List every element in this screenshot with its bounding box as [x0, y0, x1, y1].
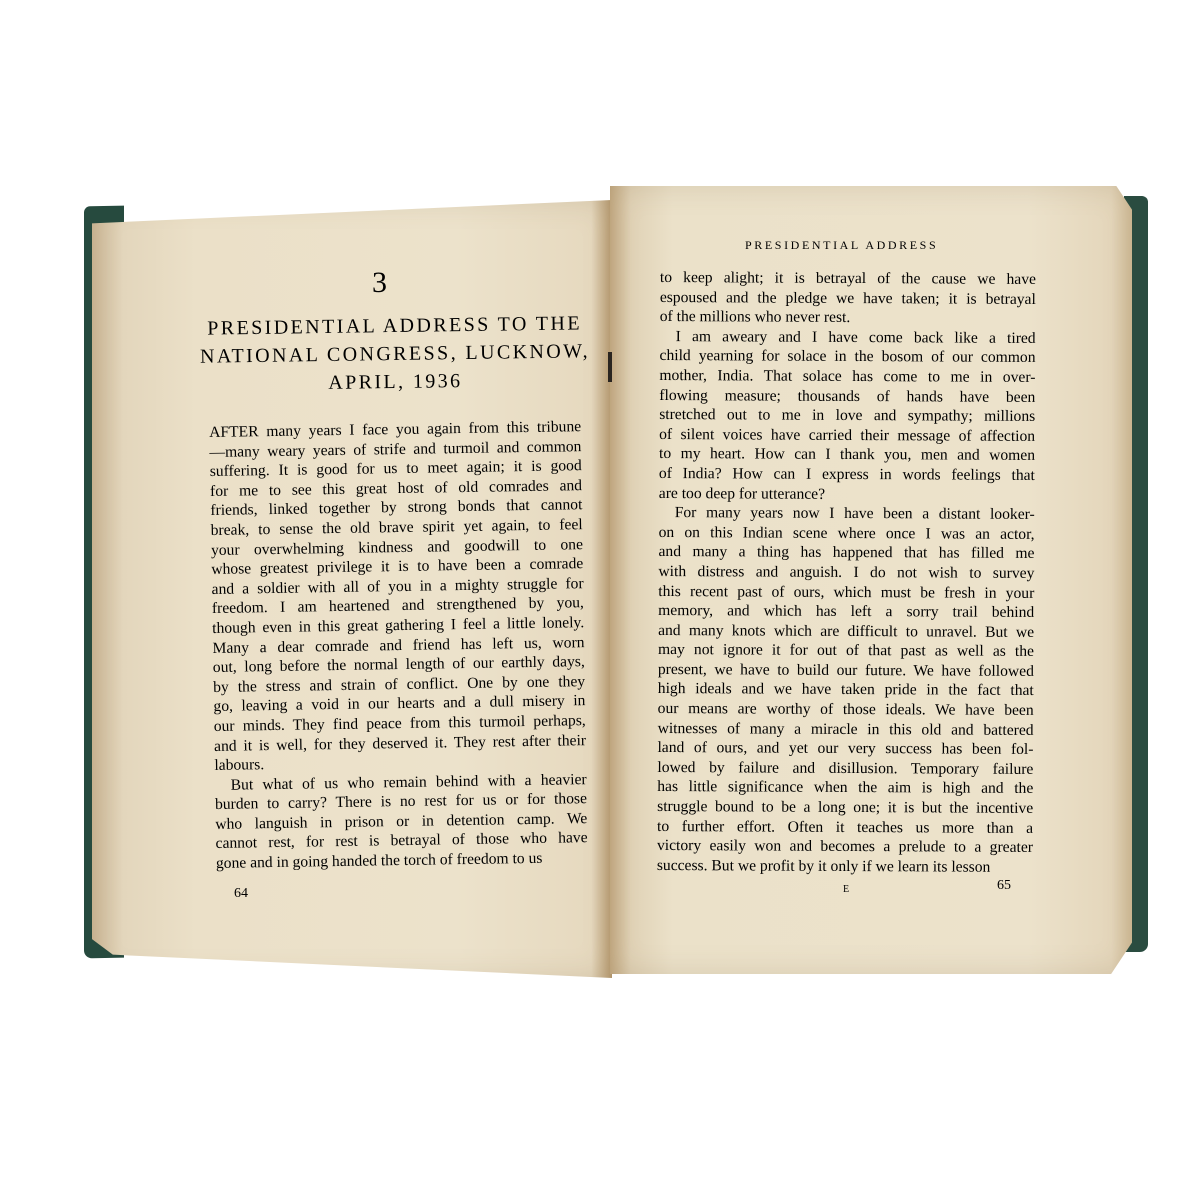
text-line: present, we have to build our future. We… [658, 660, 1034, 682]
text-line: child yearning for solace in the bosom o… [659, 346, 1035, 368]
text-line: flowing measure; thousands of hands have… [659, 386, 1035, 408]
paragraph: For many years now I have been a distant… [657, 503, 1035, 877]
gutter-mark [608, 352, 612, 382]
text-line: memory, and which has left a sorry trail… [658, 601, 1034, 623]
text-line: mother, India. That solace has come to m… [659, 366, 1035, 388]
text-line: struggle bound to be a long one; it is b… [657, 797, 1033, 819]
page-number-left: 64 [234, 886, 248, 902]
text-line: are too deep for utterance? [659, 484, 1035, 506]
chapter-number: 3 [372, 266, 388, 300]
text-line: of the millions who never rest. [660, 307, 1036, 329]
text-line: may not ignore it for out of that past a… [658, 640, 1034, 662]
paragraph: But what of us who remain behind with a … [215, 770, 588, 874]
text-line: victory easily won and becomes a prelude… [657, 836, 1033, 858]
text-line: to my heart. How can I thank you, men an… [659, 444, 1035, 466]
text-line: to further effort. Often it teaches us m… [657, 817, 1033, 839]
text-line: stretched out to me in love and sympathy… [659, 405, 1035, 427]
text-line: success. But we profit by it only if we … [657, 856, 1033, 878]
text-line: with distress and anguish. I do not wish… [658, 562, 1034, 584]
text-line: espoused and the pledge we have taken; i… [660, 288, 1036, 310]
right-page-body: to keep alight; it is betrayal of the ca… [657, 268, 1036, 877]
running-head: PRESIDENTIAL ADDRESS [745, 238, 938, 253]
paragraph: AFTER many years I face you again from t… [209, 417, 586, 775]
text-line: of silent voices have carried their mess… [659, 425, 1035, 447]
text-line: our means are worthy of those ideals. We… [658, 699, 1034, 721]
text-line: land of ours, and yet our very success h… [657, 738, 1033, 760]
text-line: has little significance when the aim is … [657, 777, 1033, 799]
page-number-right: 65 [997, 878, 1011, 894]
text-line: For many years now I have been a distant… [659, 503, 1035, 525]
text-line: to keep alight; it is betrayal of the ca… [660, 268, 1036, 290]
text-line: witnesses of many a miracle in this old … [658, 719, 1034, 741]
text-line: lowed by failure and disillusion. Tempor… [657, 758, 1033, 780]
chapter-title: PRESIDENTIAL ADDRESS TO THE NATIONAL CON… [199, 309, 590, 398]
text-line: I am aweary and I have come back like a … [660, 327, 1036, 349]
text-line: and many a thing has happened that has f… [658, 542, 1034, 564]
open-book: 3 PRESIDENTIAL ADDRESS TO THE NATIONAL C… [0, 0, 1200, 1200]
paragraph: I am aweary and I have come back like a … [659, 327, 1036, 505]
paragraph: to keep alight; it is betrayal of the ca… [660, 268, 1036, 329]
text-line: of India? How can I express in words fee… [659, 464, 1035, 486]
left-page-body: AFTER many years I face you again from t… [209, 417, 588, 873]
text-line: and many knots which are difficult to un… [658, 621, 1034, 643]
chapter-title-line: APRIL, 1936 [200, 365, 590, 398]
signature-mark: E [843, 884, 849, 895]
text-line: high ideals and we have taken pride in t… [658, 679, 1034, 701]
text-line: this recent past of ours, which must be … [658, 581, 1034, 603]
chapter-title-line: NATIONAL CONGRESS, LUCKNOW, [200, 337, 590, 370]
text-line: on on this Indian scene where once I was… [659, 523, 1035, 545]
